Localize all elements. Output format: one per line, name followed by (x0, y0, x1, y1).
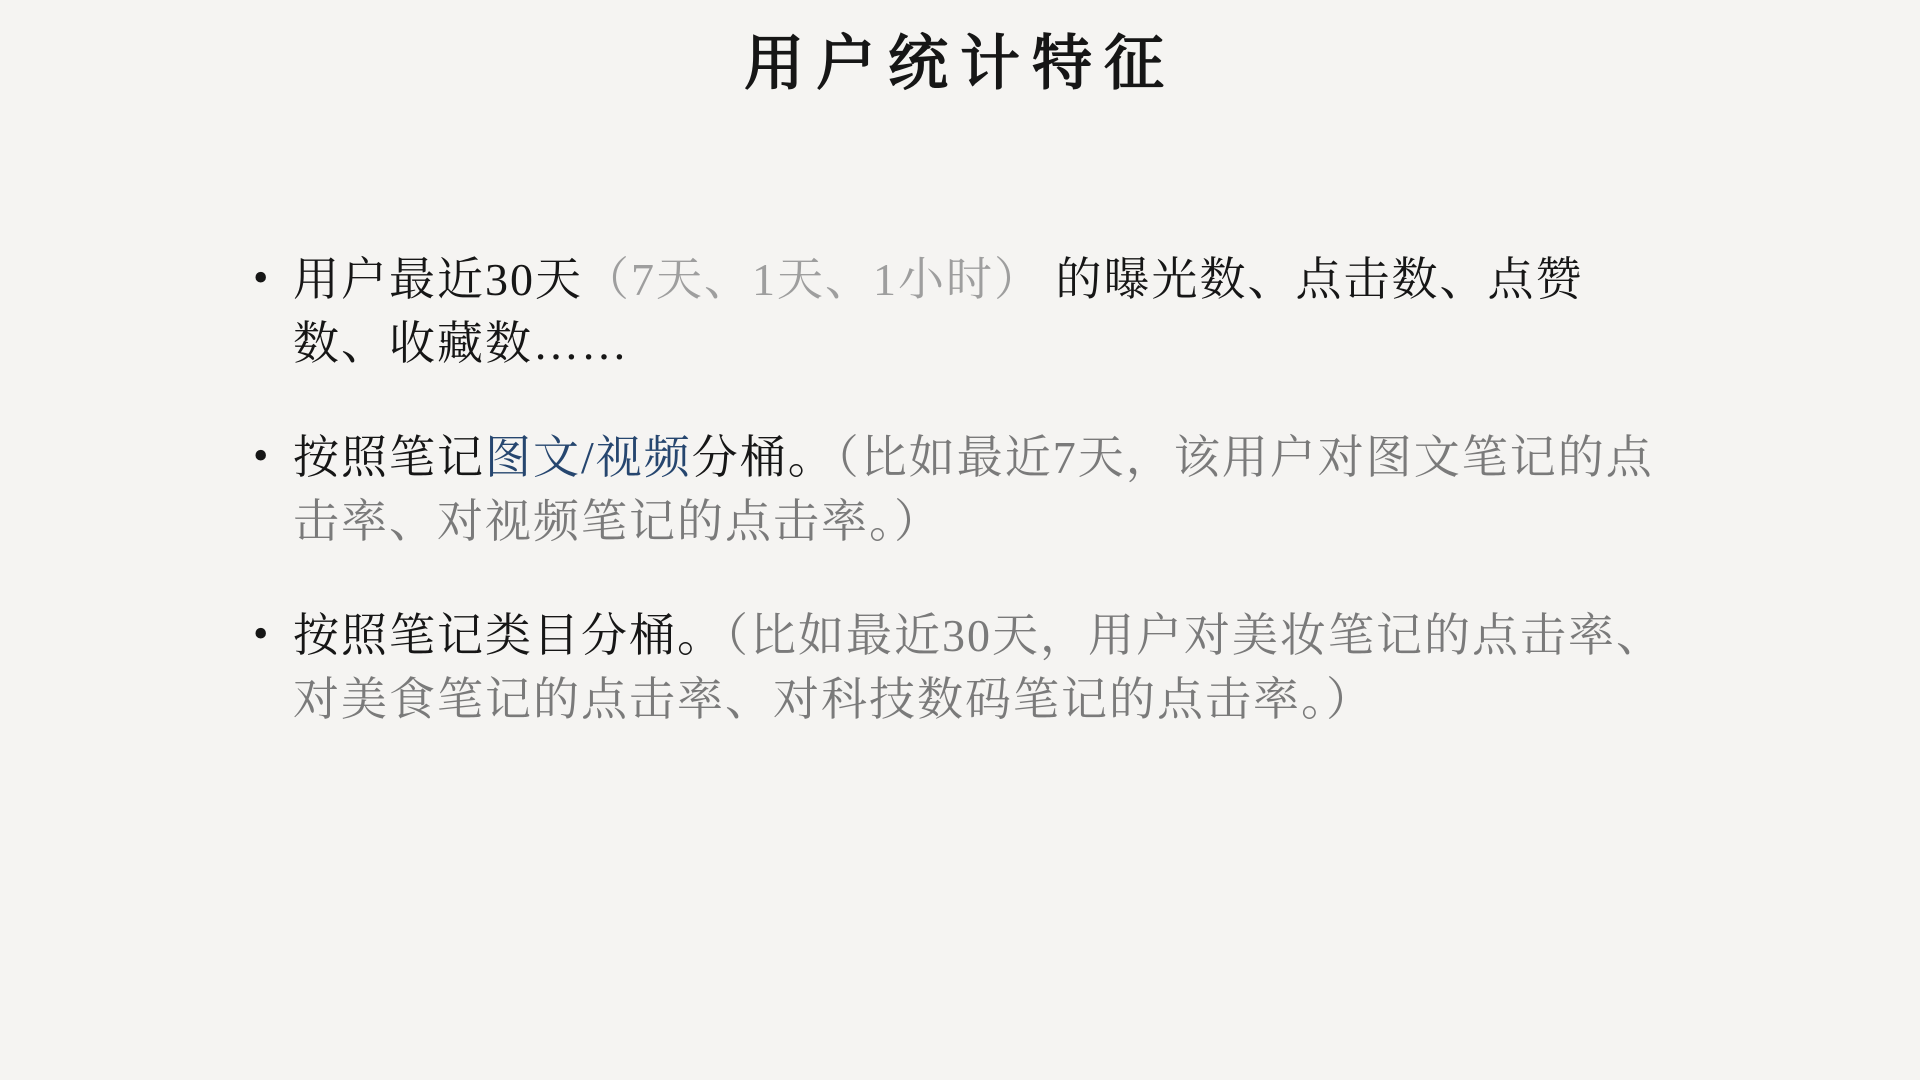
bullet-dot-icon: • (253, 246, 270, 310)
list-item: • 按照笔记图文/视频分桶。（比如最近7天，该用户对图文笔记的点击率、对视频笔记… (253, 426, 1673, 554)
list-item: • 按照笔记类目分桶。（比如最近30天，用户对美妆笔记的点击率、对美食笔记的点击… (253, 604, 1673, 732)
text-segment: 分桶。 (692, 432, 836, 483)
text-segment: （7天、1天、1小时） (583, 254, 1056, 305)
list-item: • 用户最近30天（7天、1天、1小时） 的曝光数、点击数、点赞数、收藏数…… (253, 248, 1673, 376)
text-segment: 按照笔记 (293, 432, 485, 483)
slide: 用户统计特征 • 用户最近30天（7天、1天、1小时） 的曝光数、点击数、点赞数… (0, 0, 1920, 1080)
bullet-dot-icon: • (253, 602, 270, 666)
text-segment-highlight: 图文/视频 (485, 432, 692, 483)
bullet-list: • 用户最近30天（7天、1天、1小时） 的曝光数、点击数、点赞数、收藏数…… … (253, 248, 1673, 782)
text-segment: 用户最近30天 (293, 254, 583, 305)
page-title: 用户统计特征 (0, 16, 1920, 102)
bullet-dot-icon: • (253, 424, 270, 488)
text-segment: 按照笔记类目分桶。 (293, 610, 725, 661)
